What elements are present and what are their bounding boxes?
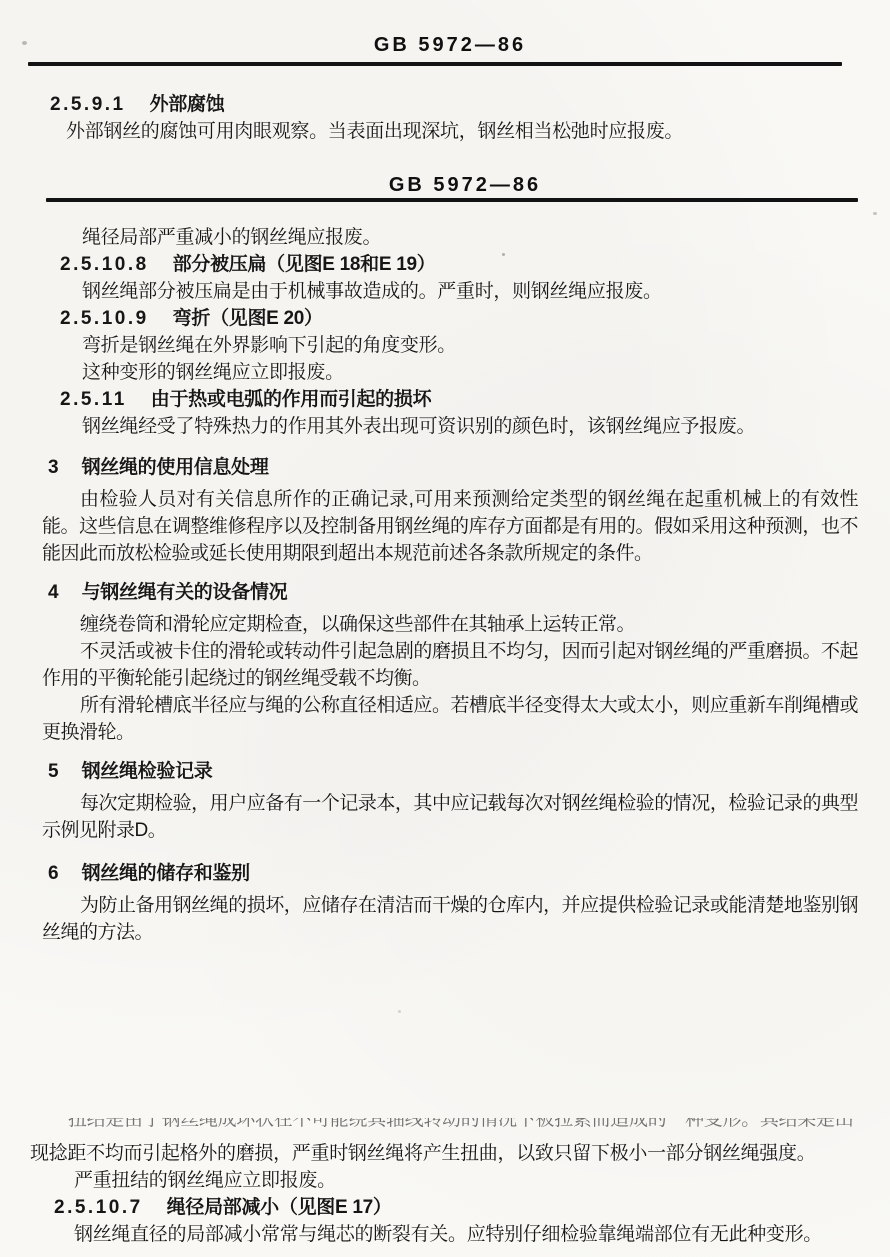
header-divider-rule <box>28 62 842 66</box>
paragraph: 所有滑轮槽底半径应与绳的公称直径相适应。若槽底半径变得太大或太小，则应重新车削绳… <box>42 692 858 746</box>
section-title: 外部腐蚀 <box>150 94 225 115</box>
paragraph: 由检验人员对有关信息所作的正确记录,可用来预测给定类型的钢丝绳在起重机械上的有效… <box>42 486 858 567</box>
deformation-clauses-block: 绳径局部严重减小的钢丝绳应报废。 2.5.10.8部分被压扁（见图E 18和E … <box>42 224 858 440</box>
section-number: 2.5.10.9 <box>60 308 149 329</box>
section-number: 2.5.10.7 <box>54 1197 143 1218</box>
paragraph: 不灵活或被卡住的滑轮或转动件引起急剧的磨损且不均匀，因而引起对钢丝绳的严重磨损。… <box>42 638 858 692</box>
section-title: 由于热或电弧的作用而引起的损坏 <box>151 389 432 410</box>
section-heading-2-5-10-9: 2.5.10.9弯折（见图E 20） <box>42 305 858 332</box>
body-line: 绳径局部严重减小的钢丝绳应报废。 <box>42 224 858 251</box>
section-title: 绳径局部减小（见图E 17） <box>167 1197 392 1218</box>
chapter-number: 6 <box>48 863 60 884</box>
section-title: 部分被压扁（见图E 18和E 19） <box>173 254 436 275</box>
chapter-title: 钢丝绳的使用信息处理 <box>82 457 269 478</box>
chapter-heading-5: 5钢丝绳检验记录 <box>42 758 858 785</box>
page-header-standard-number: GB 5972—86 <box>42 33 858 57</box>
clipped-text-line: 扭结是由于钢丝绳成环状在不可能绕其轴线转动的情况下被拉紧而造成的一种变形。其结果… <box>30 1118 858 1133</box>
chapter-title: 钢丝绳检验记录 <box>82 761 213 782</box>
page-header-standard-number: GB 5972—86 <box>42 173 858 197</box>
section-title: 弯折（见图E 20） <box>173 308 323 329</box>
chapter-number: 3 <box>48 457 60 478</box>
section-number: 2.5.10.8 <box>60 254 149 275</box>
body-line: 钢丝绳直径的局部减小常常与绳芯的断裂有关。应特别仔细检验靠绳端部位有无此种变形。 <box>30 1221 858 1248</box>
chapter-number: 5 <box>48 761 60 782</box>
section-heading-2-5-10-8: 2.5.10.8部分被压扁（见图E 18和E 19） <box>42 251 858 278</box>
chapter-number: 4 <box>48 582 60 603</box>
section-heading-2-5-11: 2.5.11由于热或电弧的作用而引起的损坏 <box>42 386 858 413</box>
paragraph: 每次定期检验，用户应备有一个记录本，其中应记载每次对钢丝绳检验的情况，检验记录的… <box>42 790 858 844</box>
section-heading-2-5-10-7: 2.5.10.7绳径局部减小（见图E 17） <box>30 1194 858 1221</box>
section-number: 2.5.11 <box>60 389 127 410</box>
chapter-heading-4: 4与钢丝绳有关的设备情况 <box>42 579 858 606</box>
section-body-line: 外部钢丝的腐蚀可用肉眼观察。当表面出现深坑，钢丝相当松弛时应报废。 <box>42 118 858 145</box>
body-line: 现捻距不均而引起格外的磨损，严重时钢丝绳将产生扭曲，以致只留下极小一部分钢丝绳强… <box>30 1140 858 1167</box>
chapter-title: 钢丝绳的储存和鉴别 <box>82 863 250 884</box>
scan-speck <box>22 41 27 45</box>
chapter-heading-6: 6钢丝绳的储存和鉴别 <box>42 860 858 887</box>
paragraph: 缠绕卷筒和滑轮应定期检查，以确保这些部件在其轴承上运转正常。 <box>42 611 858 638</box>
page-content: GB 5972—86 2.5.9.1外部腐蚀 外部钢丝的腐蚀可用肉眼观察。当表面… <box>42 0 858 1248</box>
header-divider-rule <box>46 198 858 202</box>
scan-speck <box>873 212 877 215</box>
body-line: 钢丝绳部分被压扁是由于机械事故造成的。严重时，则钢丝绳应报废。 <box>42 278 858 305</box>
chapter-title: 与钢丝绳有关的设备情况 <box>82 582 288 603</box>
body-line: 严重扭结的钢丝绳应立即报废。 <box>30 1167 858 1194</box>
section-number: 2.5.9.1 <box>50 94 126 115</box>
body-line: 这种变形的钢丝绳应立即报废。 <box>42 359 858 386</box>
chapter-heading-3: 3钢丝绳的使用信息处理 <box>42 454 858 481</box>
paragraph: 为防止备用钢丝绳的损坏，应储存在清洁而干燥的仓库内，并应提供检验记录或能清楚地鉴… <box>42 892 858 946</box>
bottom-scan-fragment: 扭结是由于钢丝绳成环状在不可能绕其轴线转动的情况下被拉紧而造成的一种变形。其结果… <box>30 1118 858 1248</box>
scanned-document-page: GB 5972—86 2.5.9.1外部腐蚀 外部钢丝的腐蚀可用肉眼观察。当表面… <box>0 0 890 1257</box>
section-heading-2-5-9-1: 2.5.9.1外部腐蚀 <box>42 91 858 118</box>
body-line: 弯折是钢丝绳在外界影响下引起的角度变形。 <box>42 332 858 359</box>
body-line: 钢丝绳经受了特殊热力的作用其外表出现可资识别的颜色时，该钢丝绳应予报废。 <box>42 413 858 440</box>
